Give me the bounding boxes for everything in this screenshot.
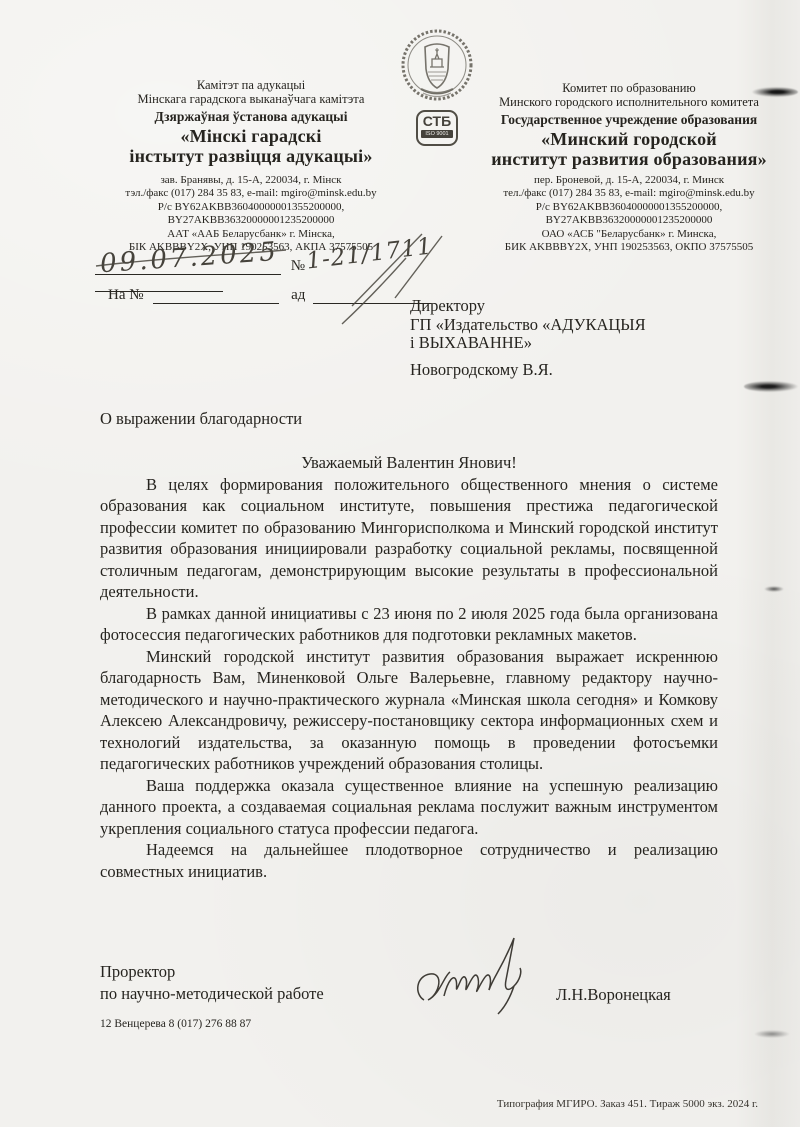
handwritten-signature	[410, 928, 540, 1018]
body-paragraph: Минский городской институт развития обра…	[100, 646, 718, 775]
letterhead-right-dept-line2: Минского городского исполнительного коми…	[470, 96, 788, 110]
letterhead-right-dept-line1: Комитет по образованию	[470, 82, 788, 96]
scan-artifact	[754, 1030, 790, 1038]
letterhead-left-org-name-line1: «Мінскі гарадскі	[92, 126, 410, 146]
address-line: зав. Бранявы, д. 15-А, 220034, г. Мінск	[92, 174, 410, 187]
letterhead-right-org-name-line2: институт развития образования»	[470, 149, 788, 169]
reply-label: На №	[108, 287, 144, 303]
letterhead-left-dept-line2: Мінскага гарадскога выканаўчага камітэта	[92, 93, 410, 107]
reply-preposition: ад	[291, 287, 305, 303]
stb-iso9001-mark: СТБ ISO 9001	[416, 110, 458, 146]
letterhead-left-org-name-line2: інстытут развіцця адукацыі»	[92, 146, 410, 166]
letterhead-left-org-type: Дзяржаўная ўстанова адукацыі	[92, 109, 410, 124]
letterhead-right-org-type: Государственное учреждение образования	[470, 112, 788, 127]
signatory-name: Л.Н.Воронецкая	[556, 984, 671, 1006]
address-line: Р/с BY62AKBB36040000001355200000,	[92, 201, 410, 214]
address-line: пер. Броневой, д. 15-А, 220034, г. Минск	[470, 174, 788, 187]
scan-artifact	[764, 586, 784, 592]
address-line: BY27AKBB36320000001235200000	[470, 214, 788, 227]
address-line: БИК AKBBBY2X, УНП 190253563, ОКПО 375755…	[470, 241, 788, 254]
body-paragraph: Ваша поддержка оказала существенное влия…	[100, 775, 718, 840]
letterhead-left-dept-line1: Камітэт па адукацыі	[92, 79, 410, 93]
address-line: ОАО «АСБ "Беларусбанк» г. Минска,	[470, 228, 788, 241]
letterhead-right-address: пер. Броневой, д. 15-А, 220034, г. Минск…	[470, 174, 788, 254]
addressee-line: ГП «Издательство «АДУКАЦЫЯ	[410, 316, 740, 335]
scanned-letter-page: { "colors": { "paper": "#f2f1ee", "ink":…	[0, 0, 800, 1127]
signatory-position-line1: Проректор	[100, 961, 324, 983]
letter-body: Уважаемый Валентин Янович! В целях форми…	[100, 452, 718, 882]
letterhead-left: Камітэт па адукацыі Мінскага гарадскога …	[92, 79, 410, 166]
scan-artifact	[752, 87, 798, 97]
stb-mark-text: СТБ	[418, 113, 456, 130]
address-line: тел./факс (017) 284 35 83, e-mail: mgiro…	[470, 187, 788, 200]
address-line: тэл./факс (017) 284 35 83, e-mail: mgiro…	[92, 187, 410, 200]
address-line: BY27AKBB36320000001235200000	[92, 214, 410, 227]
addressee-block: Директору ГП «Издательство «АДУКАЦЫЯ і В…	[410, 297, 740, 379]
body-paragraph: В целях формирования положительного обще…	[100, 474, 718, 603]
addressee-line: і ВЫХАВАННЕ»	[410, 334, 740, 353]
signatory-position: Проректор по научно-методической работе	[100, 961, 324, 1005]
coat-of-arms-icon	[399, 27, 475, 103]
body-paragraph: Надеемся на дальнейшее плодотворное сотр…	[100, 839, 718, 882]
scan-artifact	[744, 381, 798, 392]
letterhead-right: Комитет по образованию Минского городско…	[470, 82, 788, 169]
print-imprint: Типография МГИРО. Заказ 451. Тираж 5000 …	[358, 1098, 758, 1110]
addressee-name: Новогродскому В.Я.	[410, 361, 740, 380]
signatory-position-line2: по научно-методической работе	[100, 983, 324, 1005]
number-label: №	[291, 258, 305, 274]
stb-mark-subtext: ISO 9001	[421, 130, 453, 138]
salutation: Уважаемый Валентин Янович!	[100, 452, 718, 474]
subject-line: О выражении благодарности	[100, 409, 302, 429]
reply-number-underline	[153, 287, 279, 304]
body-paragraph: В рамках данной инициативы с 23 июня по …	[100, 603, 718, 646]
addressee-line: Директору	[410, 297, 740, 316]
letterhead-right-org-name-line1: «Минский городской	[470, 129, 788, 149]
address-line: Р/с BY62AKBB36040000001355200000,	[470, 201, 788, 214]
executor-contact: 12 Венцерева 8 (017) 276 88 87	[100, 1018, 251, 1030]
reply-reference-row: На № ад	[108, 287, 448, 304]
